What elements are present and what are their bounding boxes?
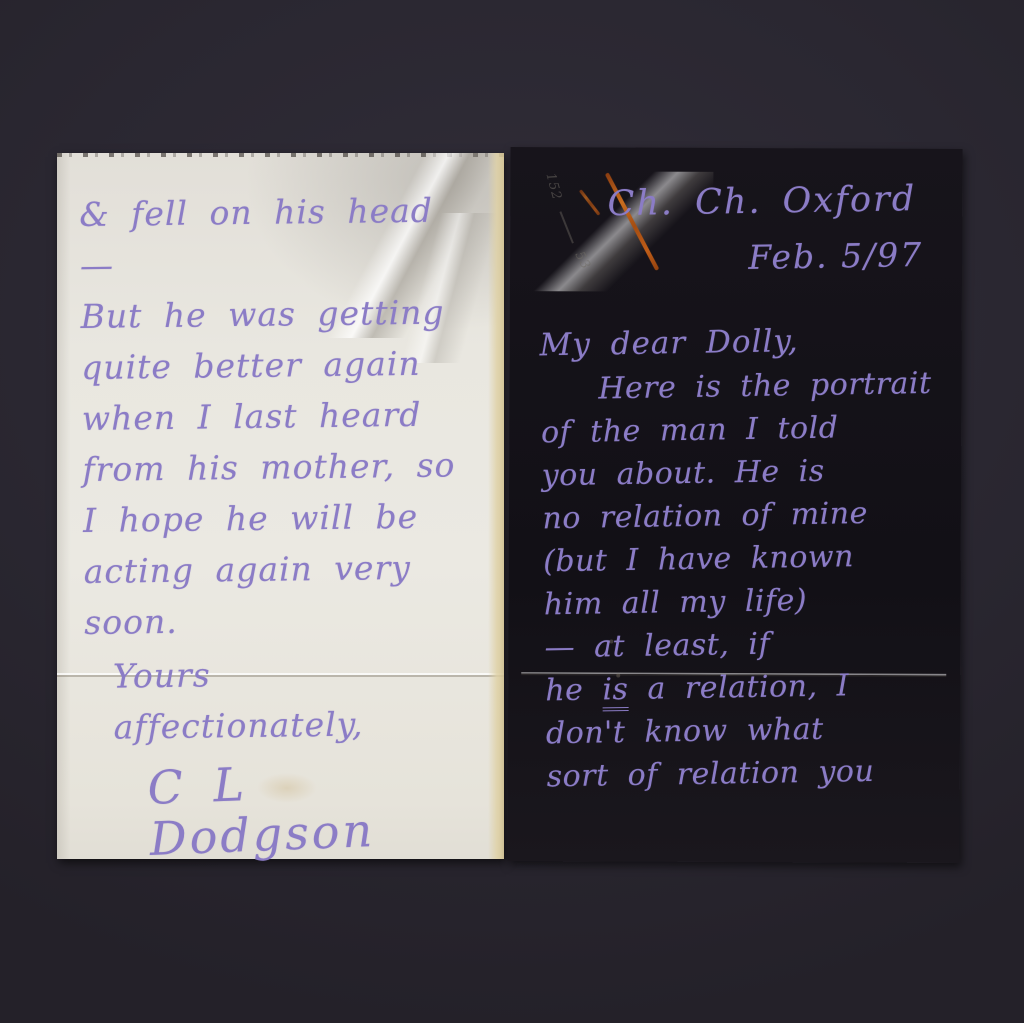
letter-body-left: & fell on his head — But he was getting …: [79, 184, 484, 862]
letter-line: soon.: [84, 592, 482, 648]
letter-line: I hope he will be: [83, 490, 481, 546]
letter-line: from his mother, so: [82, 439, 480, 495]
letter-salutation: My dear Dolly,: [539, 317, 939, 368]
letter-line: Here is the portrait: [540, 362, 940, 412]
letter-line-emphasis: he is a relation, I: [545, 663, 945, 713]
letter-line: acting again very: [83, 541, 481, 597]
signature: C L Dodgson: [85, 750, 486, 868]
line-segment: he: [545, 672, 603, 708]
letter-line: sort of relation you: [546, 749, 946, 799]
letter-line: when I last heard: [81, 388, 479, 444]
underlined-word: is: [602, 672, 629, 711]
letter-line: don't know what: [546, 706, 946, 756]
letter-closing: Yours affectionately,: [85, 646, 483, 753]
letter-body-right: Ch. Ch. Oxford Feb. 5/97 My dear Dolly, …: [537, 171, 946, 799]
letter-line: — at least, if: [544, 620, 944, 670]
letter-heading-date: Feb. 5/97: [538, 227, 938, 290]
page-top-edge: [57, 153, 504, 157]
black-mount-card: 152 53 Ch. Ch. Oxford Feb. 5/97 My dear …: [507, 147, 962, 863]
letter-line: But he was getting: [80, 286, 478, 342]
folded-edge-strip: [488, 153, 504, 859]
letter-page-left: & fell on his head — But he was getting …: [57, 153, 504, 859]
letter-line: (but I have known: [543, 534, 943, 584]
photo-background: & fell on his head — But he was getting …: [0, 0, 1024, 1023]
letter-line: & fell on his head —: [79, 184, 477, 291]
letter-line: you about. He is: [541, 448, 941, 498]
letter-body-lines: Here is the portrait of the man I told y…: [540, 362, 946, 799]
letter-line: quite better again: [81, 337, 479, 393]
letter-line: of the man I told: [541, 405, 941, 455]
line-segment: a relation, I: [628, 668, 849, 707]
letter-line: him all my life): [544, 577, 944, 627]
letter-line: no relation of mine: [542, 491, 942, 541]
letter-page-right: 152 53 Ch. Ch. Oxford Feb. 5/97 My dear …: [521, 161, 949, 847]
letter-heading-place: Ch. Ch. Oxford: [537, 171, 937, 234]
